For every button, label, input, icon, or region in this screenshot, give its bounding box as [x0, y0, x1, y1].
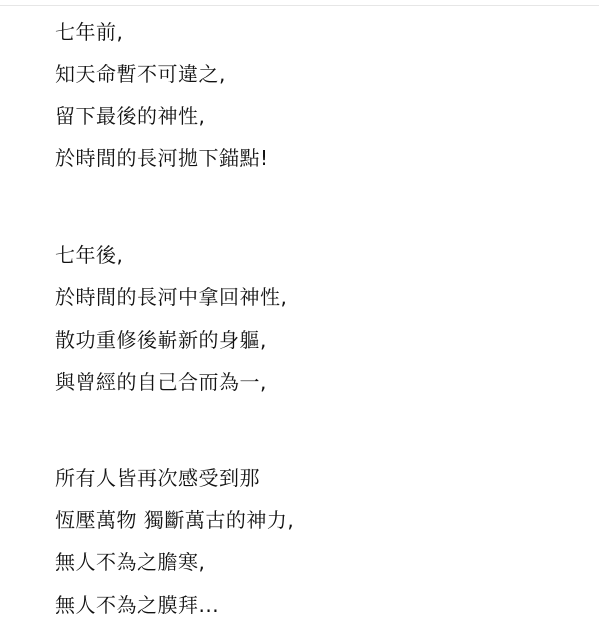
poem-line: 散功重修後嶄新的身軀, [55, 328, 267, 352]
poem-line: 所有人皆再次感受到那 [55, 466, 260, 490]
poem-line: 與曾經的自己合而為一, [55, 370, 267, 394]
poem-line: 恆壓萬物 獨斷萬古的神力, [55, 508, 294, 532]
top-divider [0, 5, 599, 6]
poem-line: 七年後, [55, 243, 123, 267]
poem-line: 於時間的長河中拿回神性, [55, 285, 287, 309]
poem-line: 七年前, [55, 20, 123, 44]
poem-line: 無人不為之膽寒, [55, 550, 205, 574]
poem-line: 無人不為之膜拜... [55, 593, 219, 617]
poem-line: 留下最後的神性, [55, 104, 205, 128]
poem-line: 於時間的長河拋下錨點! [55, 146, 269, 170]
poem-line: 知天命暫不可違之, [55, 62, 226, 86]
